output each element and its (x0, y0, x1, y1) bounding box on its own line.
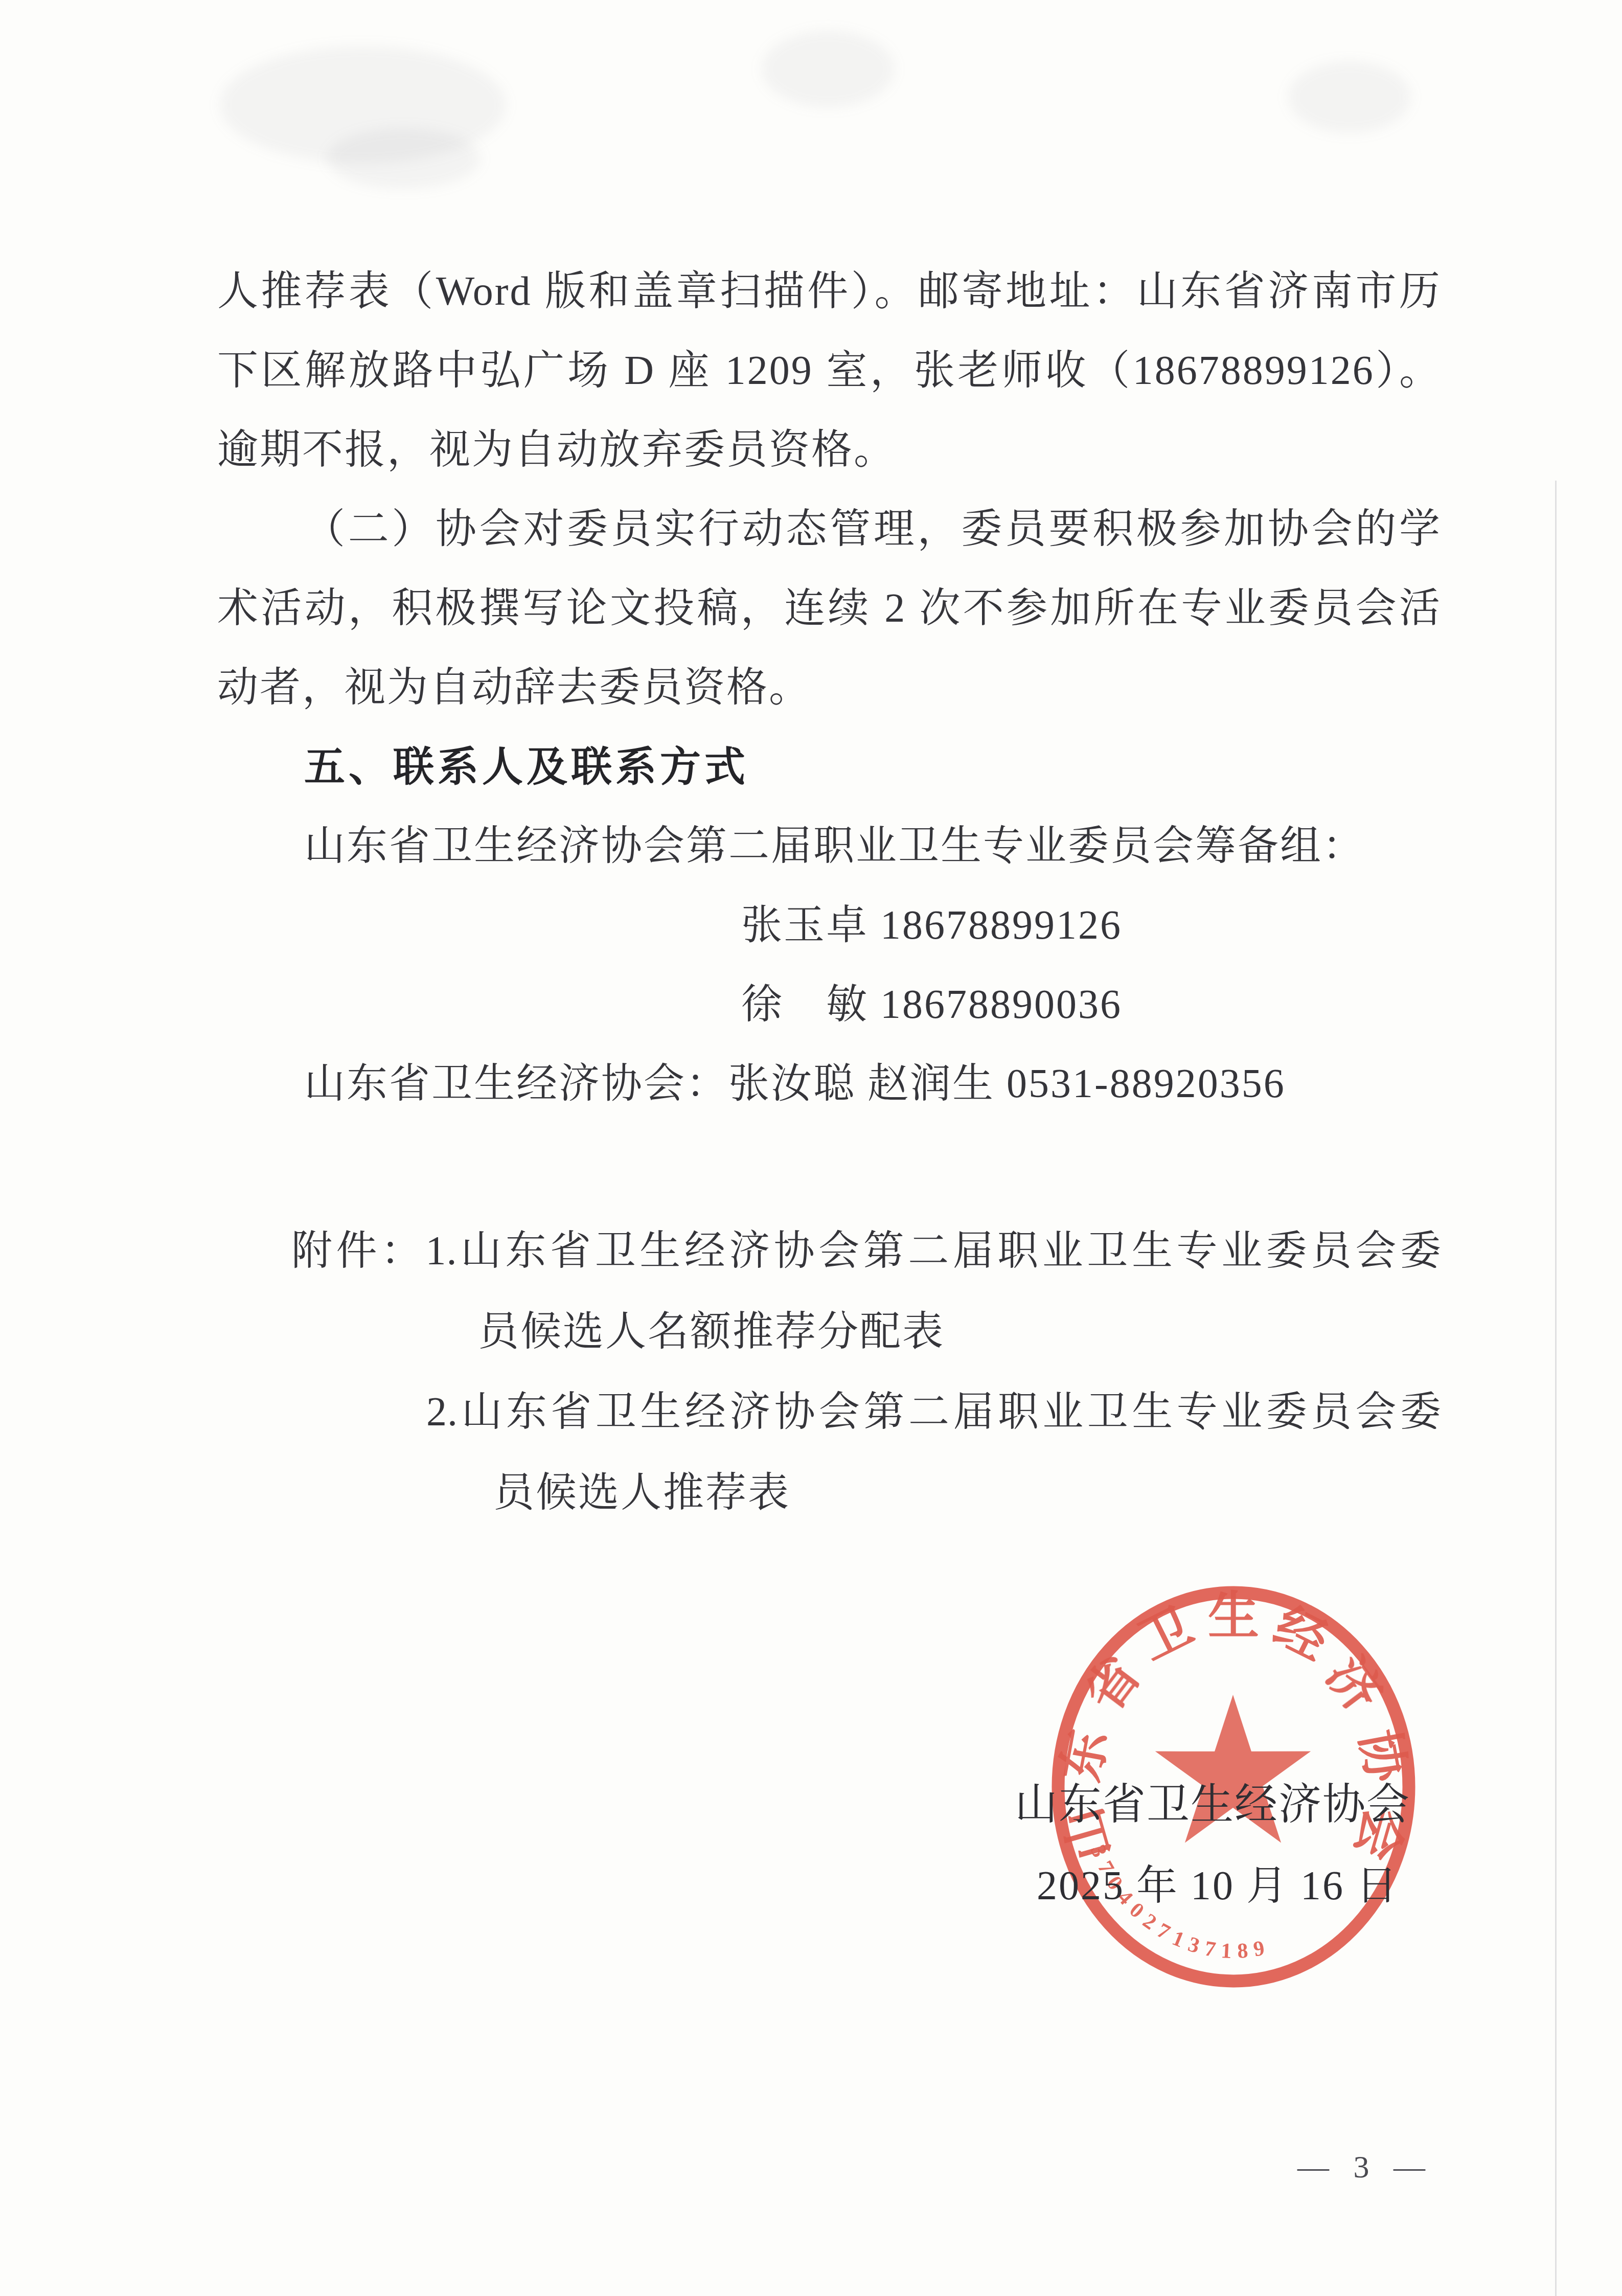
attachment-line: 员候选人名额推荐分配表 (478, 1308, 1245, 1356)
body-line: 下区解放路中弘广场 D 座 1209 室，张老师收（18678899126）。 (217, 347, 1442, 395)
page-number: — 3 — (1297, 2149, 1433, 2186)
svg-text:7: 7 (1153, 1919, 1174, 1944)
scan-edge-line (1555, 481, 1557, 2296)
svg-text:经: 经 (1265, 1598, 1336, 1671)
svg-text:1: 1 (1220, 1939, 1232, 1963)
svg-text:1: 1 (1169, 1926, 1188, 1952)
scan-smudge (327, 128, 481, 189)
contact-line: 张玉卓 18678899126 (741, 901, 1355, 949)
body-line: 术活动，积极撰写论文投稿，连续 2 次不参加所在专业委员会活 (217, 584, 1442, 632)
attachment-line: 员候选人推荐表 (493, 1469, 1260, 1517)
scan-smudge (1288, 61, 1411, 133)
body-line: 山东省卫生经济协会第二届职业卫生专业委员会筹备组： (217, 822, 1442, 870)
body-line: 逾期不报，视为自动放弃委员资格。 (217, 426, 1442, 474)
svg-text:卫: 卫 (1131, 1598, 1202, 1671)
svg-text:9: 9 (1252, 1937, 1267, 1962)
svg-text:3: 3 (1185, 1933, 1202, 1958)
signature-org: 山东省卫生经济协会 (1015, 1770, 1410, 1832)
document-page: 人推荐表（Word 版和盖章扫描件）。邮寄地址：山东省济南市历 下区解放路中弘广… (0, 0, 1622, 2296)
svg-text:济: 济 (1316, 1647, 1392, 1722)
svg-text:8: 8 (1237, 1939, 1249, 1963)
svg-text:省: 省 (1075, 1647, 1151, 1722)
svg-text:7: 7 (1203, 1937, 1217, 1962)
svg-text:生: 生 (1208, 1588, 1259, 1645)
attachment-line: 2.山东省卫生经济协会第二届职业卫生专业委员会委 (426, 1388, 1442, 1436)
body-line: 动者，视为自动辞去委员资格。 (217, 664, 1442, 712)
signature-date: 2025 年 10 月 16 日 (1037, 1852, 1399, 1911)
contact-line: 山东省卫生经济协会：张汝聪 赵润生 0531-88920356 (217, 1060, 1442, 1108)
body-line: （二）协会对委员实行动态管理，委员要积极参加协会的学 (217, 505, 1442, 553)
scan-smudge (762, 31, 895, 107)
body-line: 人推荐表（Word 版和盖章扫描件）。邮寄地址：山东省济南市历 (217, 267, 1442, 315)
section-heading: 五、联系人及联系方式 (217, 743, 1442, 791)
attachment-line: 附件：1.山东省卫生经济协会第二届职业卫生专业委员会委 (217, 1227, 1442, 1275)
contact-line: 徐 敏 18678890036 (741, 981, 1355, 1029)
